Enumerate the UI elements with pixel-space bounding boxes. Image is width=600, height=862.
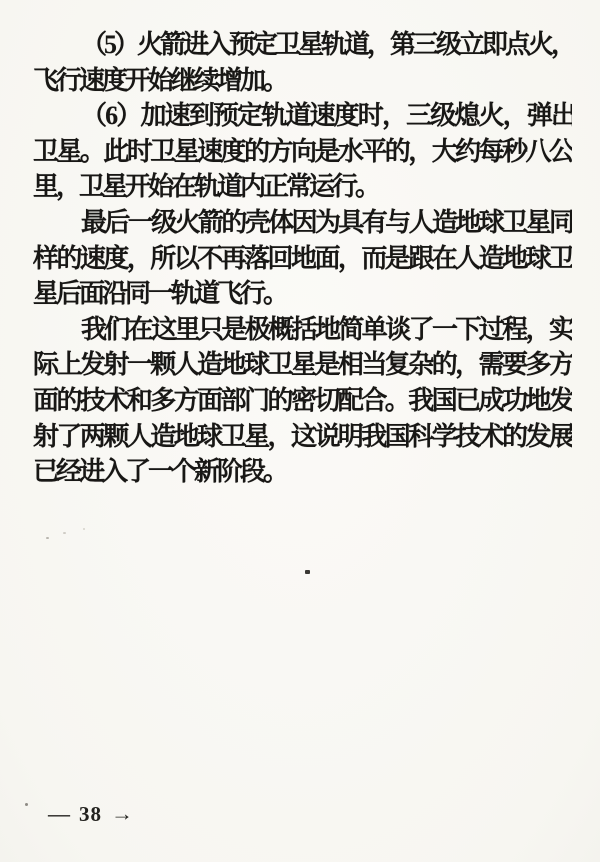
text-line-2: 飞行速度开始继续增加。 — [33, 63, 572, 99]
footer-left-dash: — — [48, 804, 70, 824]
scanned-page: （5）火箭进入预定卫星轨道，第三级立即点火， 飞行速度开始继续增加。 （6）加速… — [0, 0, 600, 862]
text-line-4: 卫星。此时卫星速度的方向是水平的，大约每秒八公 — [33, 134, 572, 170]
text-line-8: 星后面沿同一轨道飞行。 — [33, 276, 572, 312]
ink-speck — [63, 532, 66, 534]
page-number: 38 — [79, 802, 102, 826]
page-footer: — 38 → — [48, 802, 133, 826]
text-line-12: 射了两颗人造地球卫星，这说明我国科学技术的发展 — [33, 419, 572, 455]
body-text: （5）火箭进入预定卫星轨道，第三级立即点火， 飞行速度开始继续增加。 （6）加速… — [33, 27, 572, 490]
ink-speck — [46, 537, 49, 539]
text-line-13: 已经进入了一个新阶段。 — [33, 454, 572, 490]
footer-right-arrow-icon: → — [111, 804, 133, 824]
ink-speck — [305, 570, 310, 574]
text-line-3: （6）加速到预定轨道速度时，三级熄火，弹出 — [33, 98, 572, 134]
ink-speck — [25, 803, 28, 806]
ink-speck — [83, 528, 85, 530]
text-line-5: 里，卫星开始在轨道内正常运行。 — [33, 169, 572, 205]
text-line-7: 样的速度，所以不再落回地面，而是跟在人造地球卫 — [33, 241, 572, 277]
text-line-9: 我们在这里只是极概括地简单谈了一下过程，实 — [33, 312, 572, 348]
text-line-11: 面的技术和多方面部门的密切配合。我国已成功地发 — [33, 383, 572, 419]
text-line-6: 最后一级火箭的壳体因为具有与人造地球卫星同 — [33, 205, 572, 241]
text-line-1: （5）火箭进入预定卫星轨道，第三级立即点火， — [33, 27, 572, 63]
text-line-10: 际上发射一颗人造地球卫星是相当复杂的，需要多方 — [33, 347, 572, 383]
